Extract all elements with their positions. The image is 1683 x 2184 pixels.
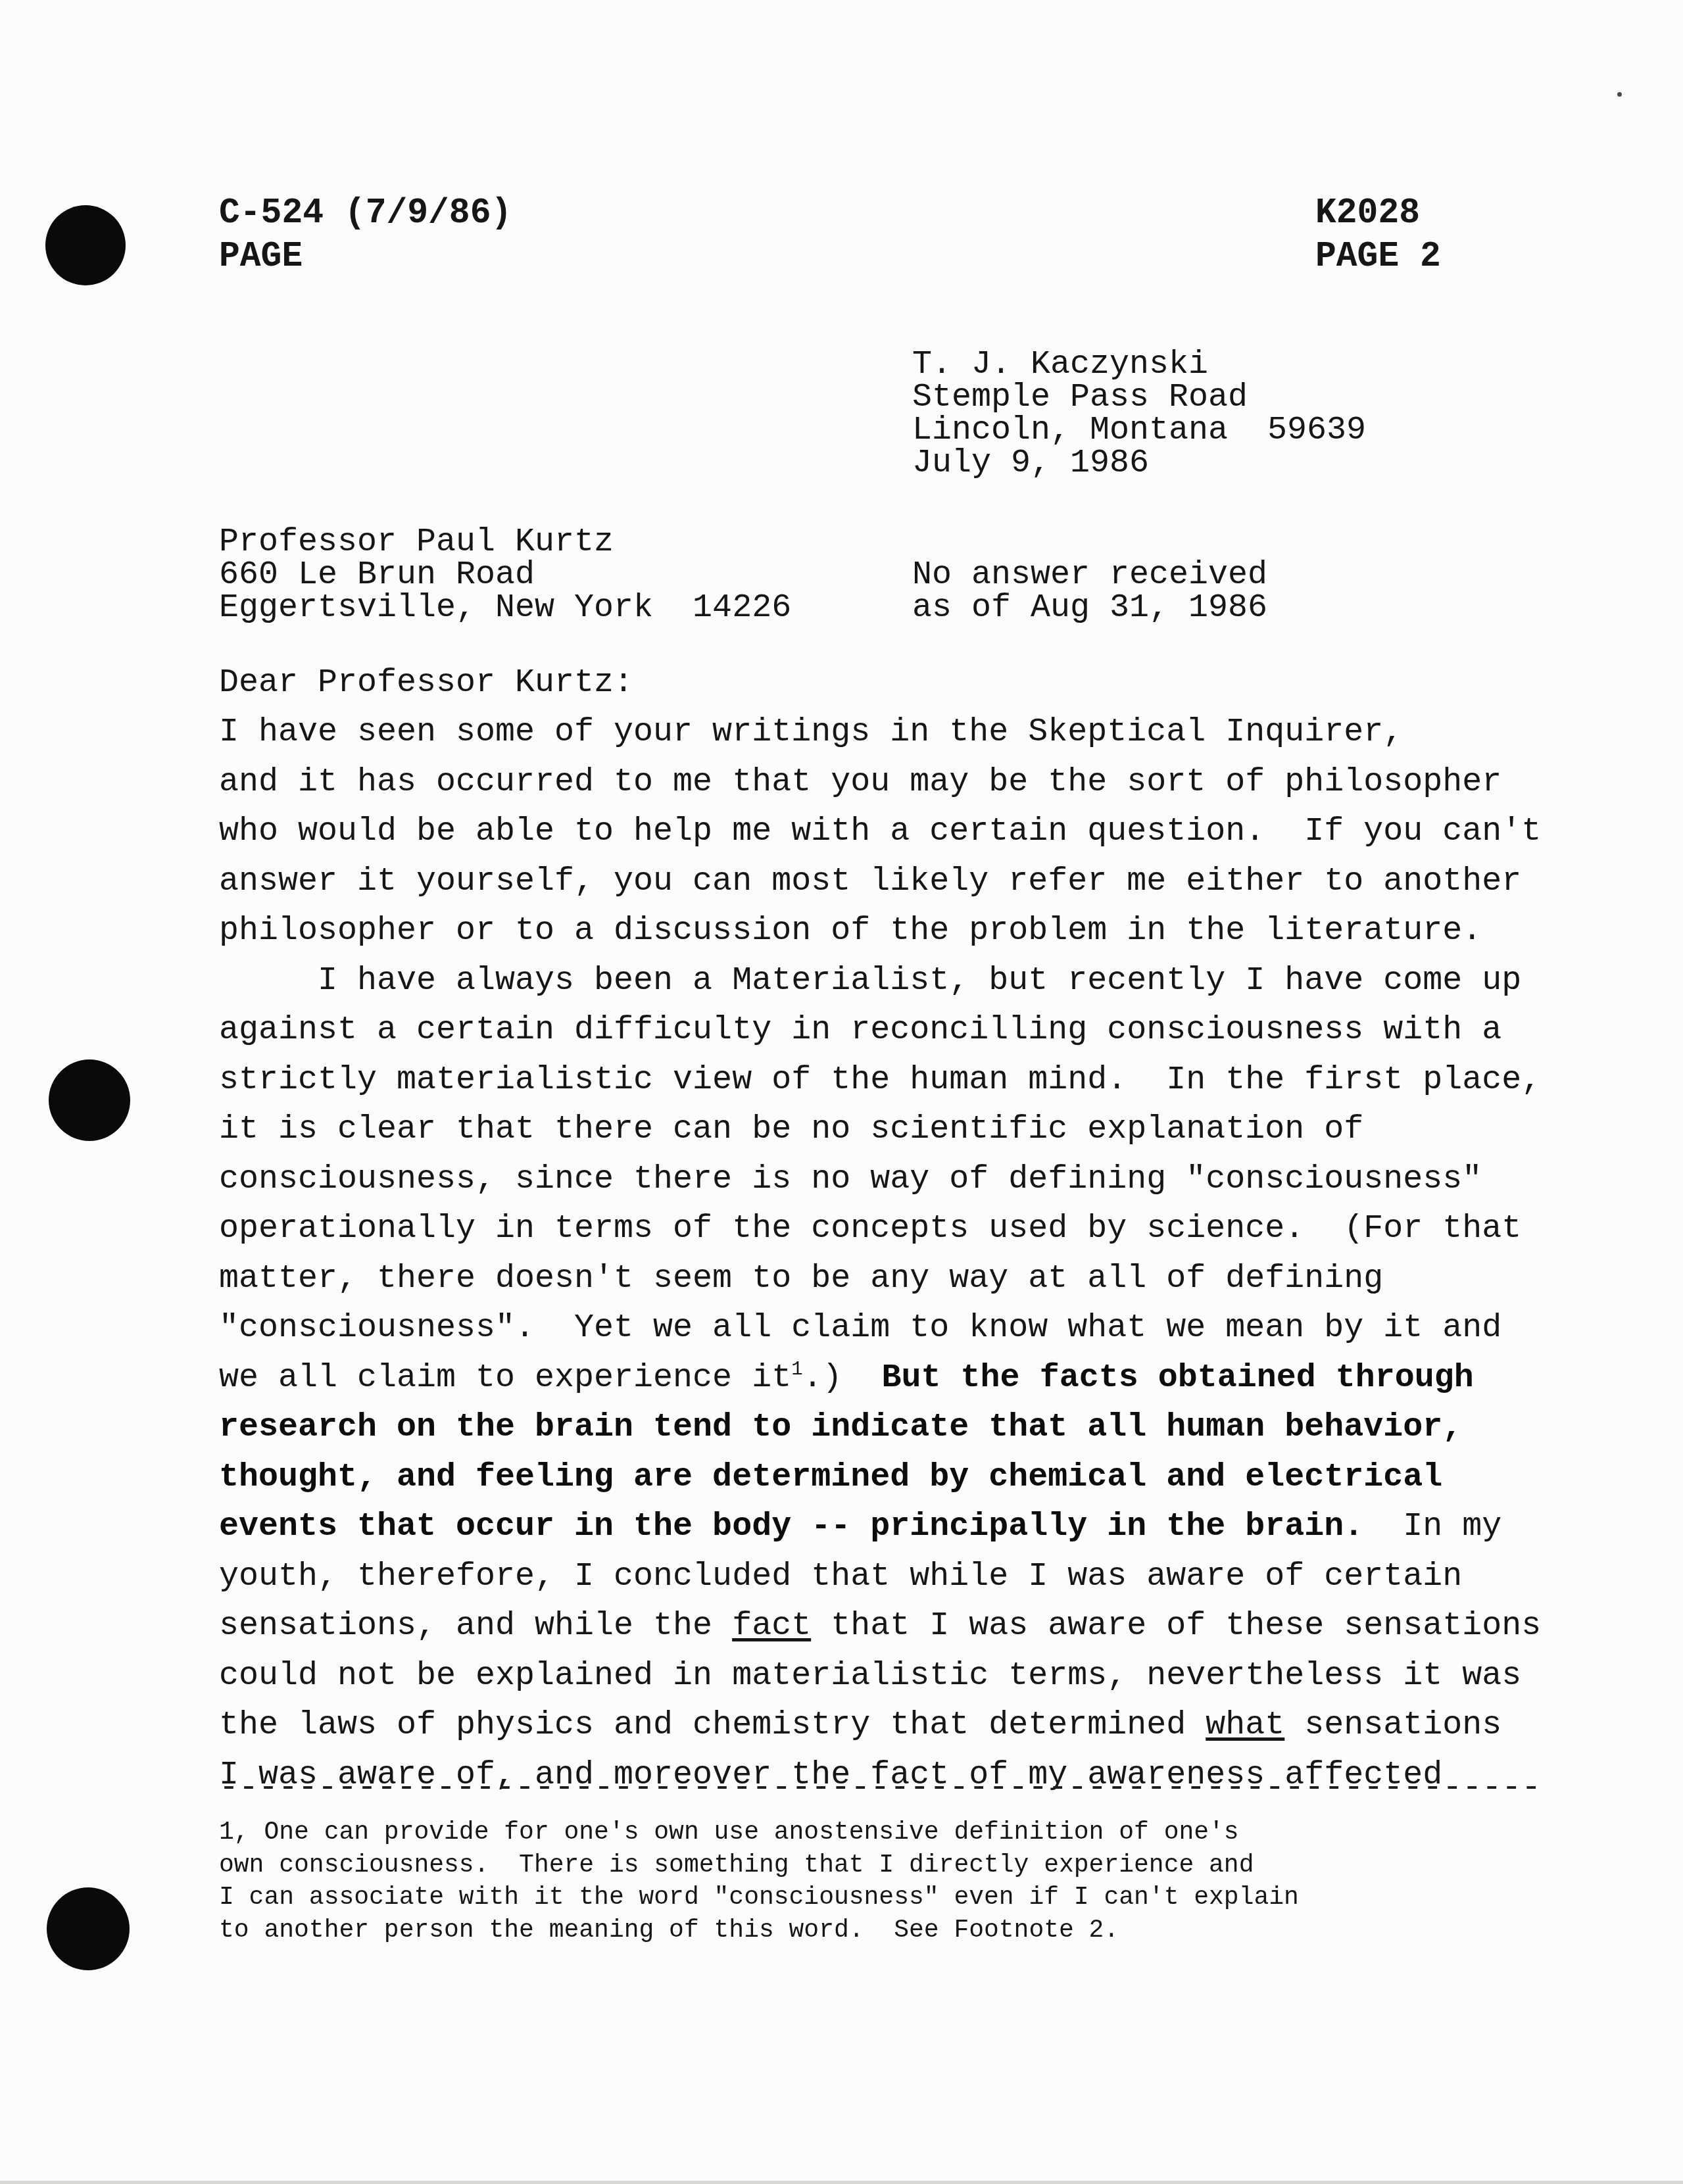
recipient-address: Professor Paul Kurtz 660 Le Brun Road Eg…	[219, 526, 791, 625]
body-text-segment: who would be able to help me with a cert…	[219, 813, 1541, 850]
recipient-name: Professor Paul Kurtz	[219, 526, 791, 559]
footnote-line: 1, One can provide for one's own use ano…	[219, 1816, 1299, 1849]
body-line: we all claim to experience it1.) But the…	[219, 1353, 1541, 1403]
body-text-segment: could not be explained in materialistic …	[219, 1657, 1521, 1695]
body-line: could not be explained in materialistic …	[219, 1651, 1541, 1701]
body-text-segment: I have always been a Materialist, but re…	[219, 962, 1521, 1000]
body-text-segment: answer it yourself, you can most likely …	[219, 863, 1521, 900]
body-text-segment: consciousness, since there is no way of …	[219, 1161, 1482, 1198]
footnote-line: own consciousness. There is something th…	[219, 1849, 1299, 1882]
scan-speck	[1617, 92, 1622, 97]
footnote-ref: 1	[791, 1359, 802, 1380]
recipient-street: 660 Le Brun Road	[219, 559, 791, 592]
body-text-segment: strictly materialistic view of the human…	[219, 1061, 1541, 1099]
body-text-segment: we all claim to experience it	[219, 1359, 791, 1397]
body-text-segment: matter, there doesn't seem to be any way…	[219, 1260, 1383, 1298]
body-text-segment: In my	[1363, 1508, 1501, 1545]
letter-date: July 9, 1986	[912, 447, 1366, 480]
letter-body: I have seen some of your writings in the…	[219, 708, 1541, 1800]
body-text-segment: events that occur in the body -- princip…	[219, 1508, 1363, 1545]
body-text-segment: philosopher or to a discussion of the pr…	[219, 912, 1482, 950]
body-line: strictly materialistic view of the human…	[219, 1056, 1541, 1105]
body-text-segment: I have seen some of your writings in the…	[219, 714, 1403, 751]
salutation: Dear Professor Kurtz:	[219, 667, 633, 700]
annotation-line1: No answer received	[912, 559, 1267, 592]
sender-name: T. J. Kaczynski	[912, 349, 1366, 381]
body-line: sensations, and while the fact that I wa…	[219, 1601, 1541, 1651]
footnote-line: to another person the meaning of this wo…	[219, 1914, 1299, 1947]
body-line: the laws of physics and chemistry that d…	[219, 1701, 1541, 1751]
body-text-segment: youth, therefore, I concluded that while…	[219, 1558, 1462, 1595]
sender-address: T. J. Kaczynski Stemple Pass Road Lincol…	[912, 349, 1366, 480]
body-text-segment: the laws of physics and chemistry that d…	[219, 1707, 1206, 1744]
body-line: I have always been a Materialist, but re…	[219, 956, 1541, 1006]
footnote-separator: ----------------------------------------…	[219, 1772, 1541, 1805]
no-answer-annotation: No answer received as of Aug 31, 1986	[912, 559, 1267, 625]
hole-punch-top	[45, 205, 126, 285]
body-text-segment: thought, and feeling are determined by c…	[219, 1459, 1442, 1496]
body-text-segment: what	[1206, 1707, 1284, 1744]
letter-page: C-524 (7/9/86) PAGE K2028 PAGE 2 T. J. K…	[0, 0, 1683, 2184]
footnote-line: I can associate with it the word "consci…	[219, 1881, 1299, 1914]
header-right: K2028 PAGE 2	[1315, 191, 1441, 278]
body-text-segment: it is clear that there can be no scienti…	[219, 1111, 1363, 1148]
document-code: C-524 (7/9/86)	[219, 191, 512, 235]
body-text-segment: But the facts obtained through	[882, 1359, 1474, 1397]
header-left: C-524 (7/9/86) PAGE	[219, 191, 512, 278]
body-text-segment: operationally in terms of the concepts u…	[219, 1210, 1521, 1248]
body-text-segment: sensations	[1284, 1707, 1501, 1744]
hole-punch-bottom	[47, 1887, 130, 1970]
sender-street: Stemple Pass Road	[912, 381, 1366, 414]
body-line: answer it yourself, you can most likely …	[219, 857, 1541, 907]
sender-city: Lincoln, Montana 59639	[912, 414, 1366, 447]
annotation-line2: as of Aug 31, 1986	[912, 592, 1267, 625]
body-line: events that occur in the body -- princip…	[219, 1502, 1541, 1552]
body-line: "consciousness". Yet we all claim to kno…	[219, 1303, 1541, 1353]
body-line: operationally in terms of the concepts u…	[219, 1204, 1541, 1254]
body-line: consciousness, since there is no way of …	[219, 1155, 1541, 1205]
page-label: PAGE	[219, 235, 512, 278]
scan-edge	[0, 2181, 1683, 2184]
body-text-segment: "consciousness". Yet we all claim to kno…	[219, 1309, 1501, 1347]
body-text-segment: .)	[803, 1359, 882, 1397]
body-line: against a certain difficulty in reconcil…	[219, 1006, 1541, 1056]
hole-punch-middle	[49, 1059, 130, 1141]
body-line: I have seen some of your writings in the…	[219, 708, 1541, 758]
catalog-code: K2028	[1315, 191, 1441, 235]
body-text-segment: fact	[732, 1607, 811, 1645]
body-line: it is clear that there can be no scienti…	[219, 1105, 1541, 1155]
body-text-segment: that I was aware of these sensations	[811, 1607, 1541, 1645]
body-line: thought, and feeling are determined by c…	[219, 1453, 1541, 1503]
page-number: PAGE 2	[1315, 235, 1441, 278]
body-line: and it has occurred to me that you may b…	[219, 758, 1541, 808]
body-text-segment: against a certain difficulty in reconcil…	[219, 1011, 1501, 1049]
body-line: matter, there doesn't seem to be any way…	[219, 1254, 1541, 1304]
body-text-segment: research on the brain tend to indicate t…	[219, 1409, 1462, 1446]
body-line: research on the brain tend to indicate t…	[219, 1403, 1541, 1453]
body-text-segment: and it has occurred to me that you may b…	[219, 764, 1501, 801]
body-line: who would be able to help me with a cert…	[219, 807, 1541, 857]
body-text-segment: sensations, and while the	[219, 1607, 732, 1645]
footnote-block: 1, One can provide for one's own use ano…	[219, 1816, 1299, 1947]
body-line: youth, therefore, I concluded that while…	[219, 1552, 1541, 1602]
recipient-city: Eggertsville, New York 14226	[219, 592, 791, 625]
body-line: philosopher or to a discussion of the pr…	[219, 906, 1541, 956]
